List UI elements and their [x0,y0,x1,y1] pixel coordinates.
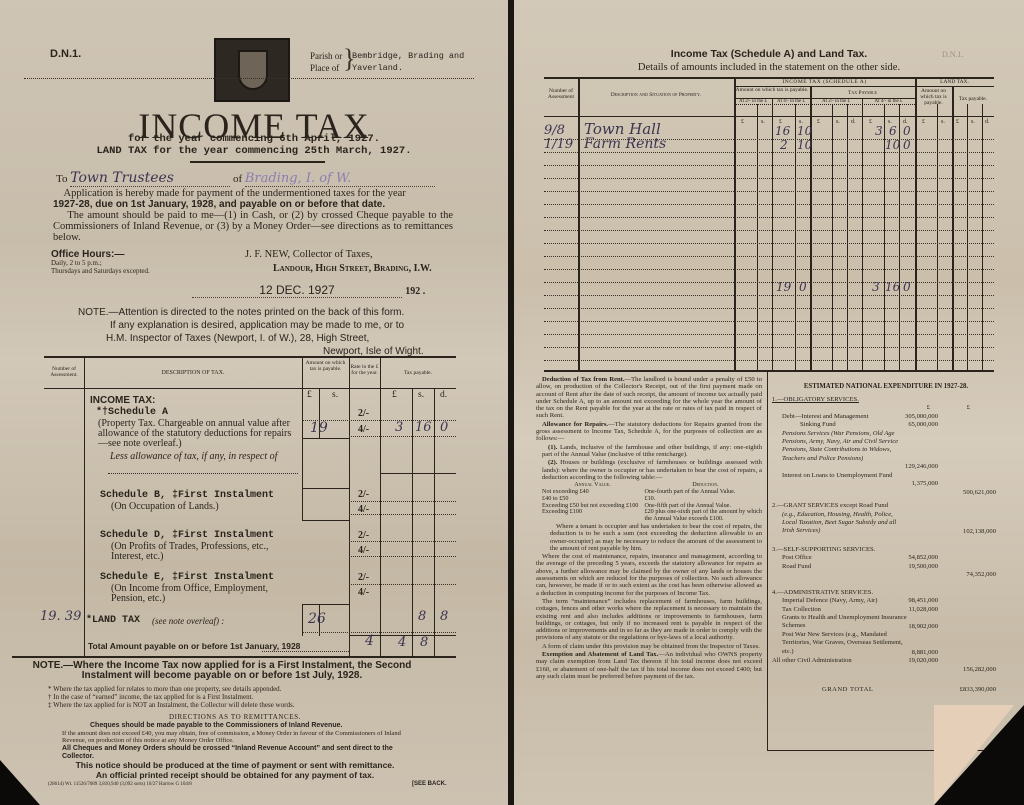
directions-title: DIRECTIONS AS TO REMITTANCES. [0,713,470,721]
land-tax-shillings: 8 [418,612,426,622]
date-stamp: 12 DEC. 1927 [192,283,402,298]
directions-cheques: Cheques should be made payable to the Co… [90,722,342,730]
collector-name: J. F. NEW, Collector of Taxes, [245,249,373,260]
income-tax-label: INCOME TAX: [90,396,155,406]
parish-value: Bembridge, Brading and Yaverland. [352,50,464,74]
application-paragraph: Application is hereby made for payment o… [53,188,453,210]
see-back: [SEE BACK. [412,781,447,787]
schedule-b-title: Schedule B, ‡First Instalment [100,491,274,501]
addressee-place: Brading, I. of W. [245,171,435,187]
header-amount: Amount on which tax is payable. [302,360,349,372]
schedule-a-tax-pounds: 3 [395,423,403,433]
form-code: D.N.1. [50,48,81,60]
subtitle-income-tax-year: for the year commencing 6th April, 1927. [0,133,508,145]
header-land-tax-group: LAND TAX. [915,79,994,85]
header-income-tax-group: INCOME TAX (SCHEDULE A) [734,79,915,85]
land-tax-label: *LAND TAX [86,616,140,626]
subtitle-land-tax-year: LAND TAX for the year commencing 25th Ma… [0,145,508,157]
expenditure-section-2: 2.—GRANT SERVICES except Road Fund (e.g.… [772,502,1000,537]
royal-coat-of-arms-icon [214,38,290,102]
collector-address: Landour, High Street, Brading, I.W. [273,263,432,274]
header-rate: Rate in the £ for the year. [349,364,380,376]
land-tax-pence: 8 [440,612,448,622]
land-tax-number: 19. 39 [40,612,81,622]
schedule-b-desc: (On Occupation of Lands.) [111,502,219,512]
note-block: NOTE.—Attention is directed to the notes… [78,306,424,358]
details-subtitle: Details of amounts included in the state… [514,62,1024,73]
schedule-a-title: *†Schedule A [96,408,168,418]
header-tax-payable-group: Tax Payable [810,90,915,96]
expenditure-title: ESTIMATED NATIONAL EXPENDITURE IN 1927-2… [772,383,1000,392]
directions-produce: This notice should be produced at the ti… [0,760,470,770]
notes-column: Deduction of Tax from Rent.—The landlord… [536,376,762,681]
faint-form-code: D.N.1. [942,50,964,59]
schedule-e-title: Schedule E, ‡First Instalment [100,573,274,583]
instalment-note: NOTE.—Where the Income Tax now applied f… [12,661,432,681]
expenditure-section-1: 1.—OBLIGATORY SERVICES. ££ Debt—Interest… [772,396,1000,498]
total-pounds: 4 [365,636,374,646]
date-line: 12 DEC. 1927 192 . [192,282,442,298]
directions-money-order: If the amount does not exceed £40, you m… [62,730,407,744]
expenditure-section-4: 4.—ADMINISTRATIVE SERVICES. Imperial Def… [772,589,1000,675]
grand-total-row: GRAND TOTAL £833,390,000 [772,686,1000,695]
header-description: DESCRIPTION OF TAX. [84,370,302,376]
less-allowance: Less allowance of tax, if any, in respec… [110,452,277,462]
header-number: Number of Assessment [544,88,578,100]
header-number: Number of Assessment. [44,366,84,378]
total-pence: 8 [420,638,428,648]
income-tax-demand-back: Income Tax (Schedule A) and Land Tax. De… [514,0,1024,805]
schedule-a-tax-pence: 0 [440,423,448,433]
schedule-e-desc: (On Income from Office, Employment, Pens… [111,584,281,604]
land-tax-note: (see note overleaf) : [152,616,224,626]
income-tax-demand-front: D.N.1. Parish or Place of } Bembridge, B… [0,0,508,805]
directions-crossed: All Cheques and Money Orders should be c… [62,745,407,760]
header-tax-payable: Tax payable. [380,370,456,376]
national-expenditure: ESTIMATED NATIONAL EXPENDITURE IN 1927-2… [772,383,1000,695]
footnote-3: ‡ Where the tax applied for is NOT an In… [48,701,294,709]
addressee-name: Town Trustees [70,170,230,187]
schedule-a-tax-shillings: 16 [415,423,432,433]
divider [190,161,325,163]
footnote-2: † In the case of “earned” income, the ta… [48,693,253,701]
office-hours-detail: Daily, 2 to 5 p.m.; Thursdays and Saturd… [51,260,150,275]
header-amount-group: Amount on which tax is payable. [734,87,810,93]
shadow-corner [0,760,40,805]
land-tax-amount: 26 [308,614,326,624]
folded-corner [934,705,1024,805]
repairs-table: Annual Value.Deduction. Not exceeding £4… [536,482,762,523]
payment-paragraph: The amount should be paid to me—(1) in C… [53,210,453,243]
footnote-1: * Where the tax applied for relates to m… [48,685,281,693]
directions-receipt: An official printed receipt should be ob… [0,770,470,780]
addressee-line: To Town Trustees of Brading, I. of W. [56,170,448,187]
schedule-d-desc: (On Profits of Trades, Professions, etc.… [111,542,281,562]
parish-label: Parish or Place of [310,50,342,74]
expenditure-section-3: 3.—SELF-SUPPORTING SERVICES. Post Office… [772,546,1000,580]
print-code: (28614) Wt. 11526/7689 3,810,940 (3,092 … [48,782,192,787]
schedule-a-amount: 19 [310,423,328,433]
schedule-d-title: Schedule D, ‡First Instalment [100,531,274,541]
header-description: Description and Situation of Property. [578,92,734,98]
total-shillings: 4 [398,638,406,648]
total-label: Total Amount payable on or before 1st Ja… [88,641,300,651]
schedule-a-desc: (Property Tax. Chargeable on annual valu… [98,419,298,449]
